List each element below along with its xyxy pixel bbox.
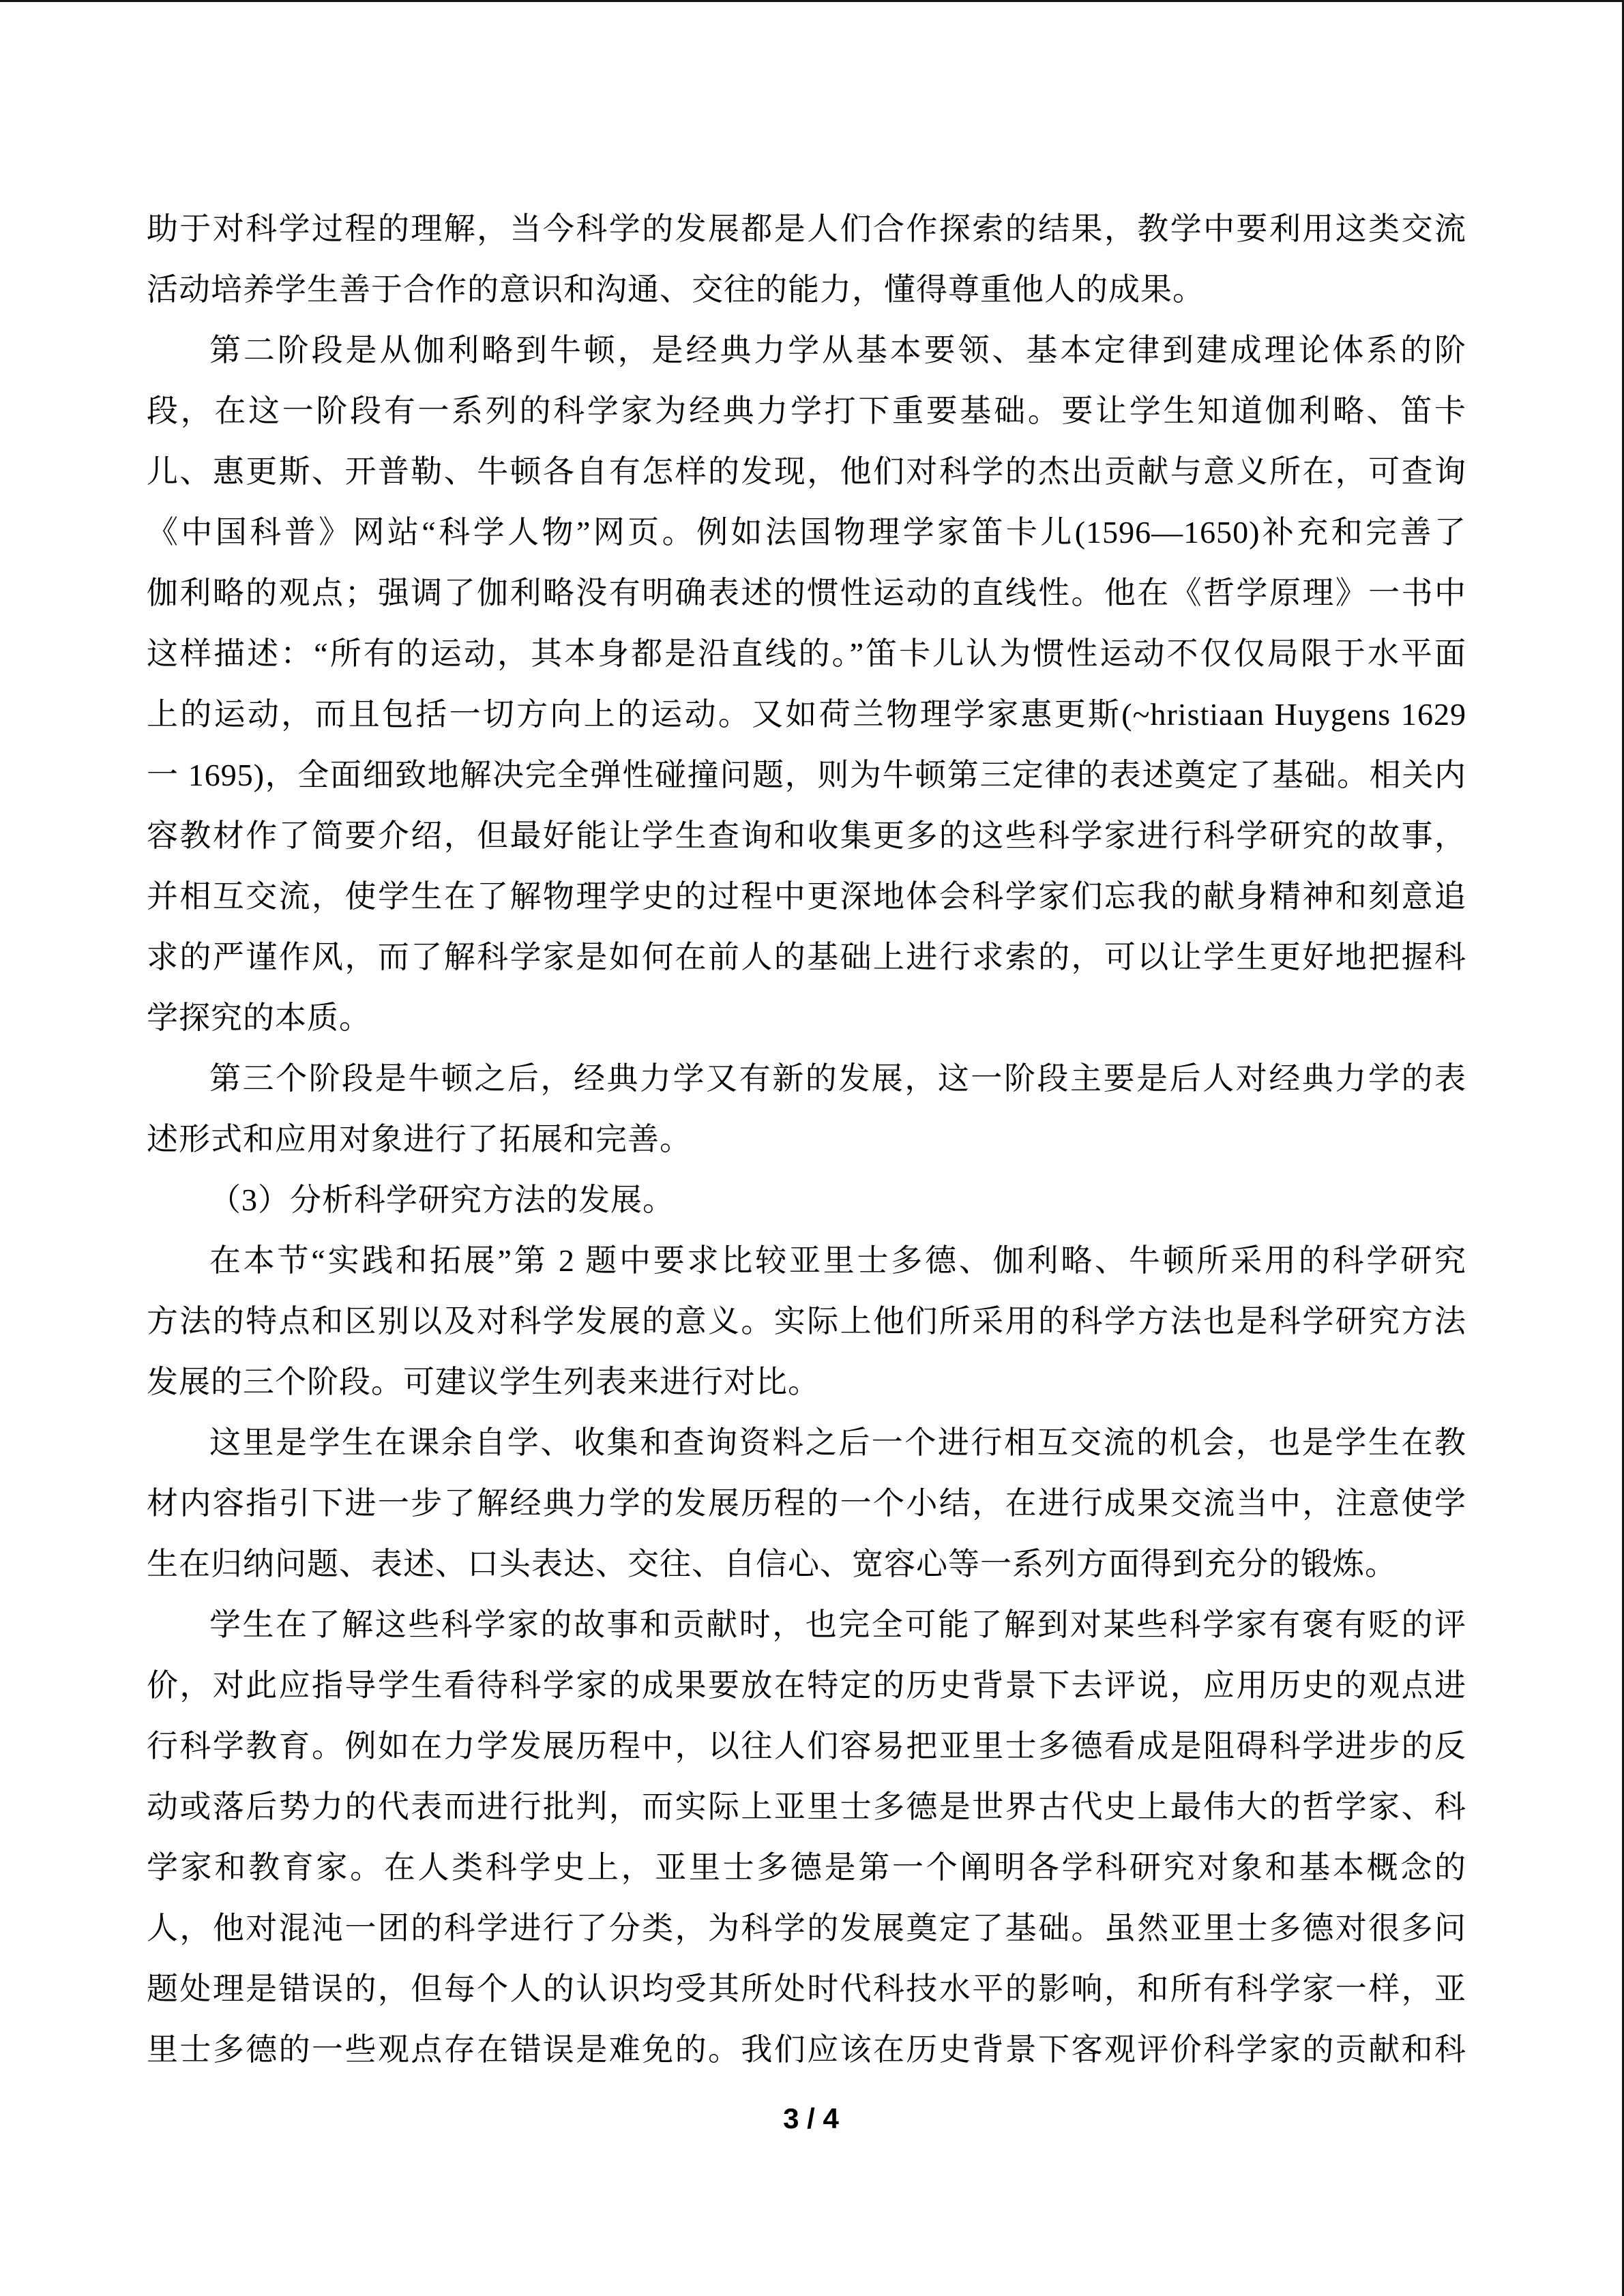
text-line: 学探究的本质。	[147, 987, 1466, 1048]
text-line: 一 1695)，全面细致地解决完全弹性碰撞问题，则为牛顿第三定律的表述奠定了基础…	[147, 745, 1466, 805]
text-line: 学生在了解这些科学家的故事和贡献时，也完全可能了解到对某些科学家有褒有贬的评	[147, 1594, 1466, 1655]
text-line: 第三个阶段是牛顿之后，经典力学又有新的发展，这一阶段主要是后人对经典力学的表	[147, 1048, 1466, 1109]
text-line: 活动培养学生善于合作的意识和沟通、交往的能力，懂得尊重他人的成果。	[147, 259, 1466, 320]
text-line: 学家和教育家。在人类科学史上，亚里士多德是第一个阐明各学科研究对象和基本概念的	[147, 1837, 1466, 1898]
text-line: 《中国科普》网站“科学人物”网页。例如法国物理学家笛卡儿(1596—1650)补…	[147, 502, 1466, 563]
document-body: 助于对科学过程的理解，当今科学的发展都是人们合作探索的结果，教学中要利用这类交流…	[147, 198, 1466, 2080]
text-line: 段，在这一阶段有一系列的科学家为经典力学打下重要基础。要让学生知道伽利略、笛卡	[147, 381, 1466, 441]
text-line: 里士多德的一些观点存在错误是难免的。我们应该在历史背景下客观评价科学家的贡献和科	[147, 2019, 1466, 2080]
text-line: 价，对此应指导学生看待科学家的成果要放在特定的历史背景下去评说，应用历史的观点进	[147, 1655, 1466, 1716]
text-line: 容教材作了简要介绍，但最好能让学生查询和收集更多的这些科学家进行科学研究的故事，	[147, 805, 1466, 866]
text-line: 伽利略的观点；强调了伽利略没有明确表述的惯性运动的直线性。他在《哲学原理》一书中	[147, 563, 1466, 623]
text-line: 上的运动，而且包括一切方向上的运动。又如荷兰物理学家惠更斯(~hristiaan…	[147, 684, 1466, 745]
text-line: 这样描述：“所有的运动，其本身都是沿直线的。”笛卡儿认为惯性运动不仅仅局限于水平…	[147, 623, 1466, 684]
text-line: 助于对科学过程的理解，当今科学的发展都是人们合作探索的结果，教学中要利用这类交流	[147, 198, 1466, 259]
text-line: 材内容指引下进一步了解经典力学的发展历程的一个小结，在进行成果交流当中，注意使学	[147, 1473, 1466, 1534]
text-line: 行科学教育。例如在力学发展历程中，以往人们容易把亚里士多德看成是阻碍科学进步的反	[147, 1716, 1466, 1776]
text-line: 并相互交流，使学生在了解物理学史的过程中更深地体会科学家们忘我的献身精神和刻意追	[147, 866, 1466, 927]
document-page: 助于对科学过程的理解，当今科学的发展都是人们合作探索的结果，教学中要利用这类交流…	[0, 0, 1624, 2296]
text-line: 生在归纳问题、表述、口头表达、交往、自信心、宽容心等一系列方面得到充分的锻炼。	[147, 1534, 1466, 1594]
text-line: 述形式和应用对象进行了拓展和完善。	[147, 1109, 1466, 1169]
text-line: 方法的特点和区别以及对科学发展的意义。实际上他们所采用的科学方法也是科学研究方法	[147, 1291, 1466, 1352]
text-line: 题处理是错误的，但每个人的认识均受其所处时代科技水平的影响，和所有科学家一样，亚	[147, 1958, 1466, 2019]
text-line: 第二阶段是从伽利略到牛顿，是经典力学从基本要领、基本定律到建成理论体系的阶	[147, 320, 1466, 381]
page-number: 3 / 4	[0, 2102, 1622, 2135]
text-line: （3）分析科学研究方法的发展。	[147, 1169, 1466, 1230]
text-line: 人，他对混沌一团的科学进行了分类，为科学的发展奠定了基础。虽然亚里士多德对很多问	[147, 1898, 1466, 1958]
text-line: 儿、惠更斯、开普勒、牛顿各自有怎样的发现，他们对科学的杰出贡献与意义所在，可查询	[147, 441, 1466, 502]
text-line: 发展的三个阶段。可建议学生列表来进行对比。	[147, 1352, 1466, 1412]
text-line: 求的严谨作风，而了解科学家是如何在前人的基础上进行求索的，可以让学生更好地把握科	[147, 927, 1466, 987]
text-line: 动或落后势力的代表而进行批判，而实际上亚里士多德是世界古代史上最伟大的哲学家、科	[147, 1776, 1466, 1837]
text-line: 这里是学生在课余自学、收集和查询资料之后一个进行相互交流的机会，也是学生在教	[147, 1412, 1466, 1473]
text-line: 在本节“实践和拓展”第 2 题中要求比较亚里士多德、伽利略、牛顿所采用的科学研究	[147, 1230, 1466, 1291]
